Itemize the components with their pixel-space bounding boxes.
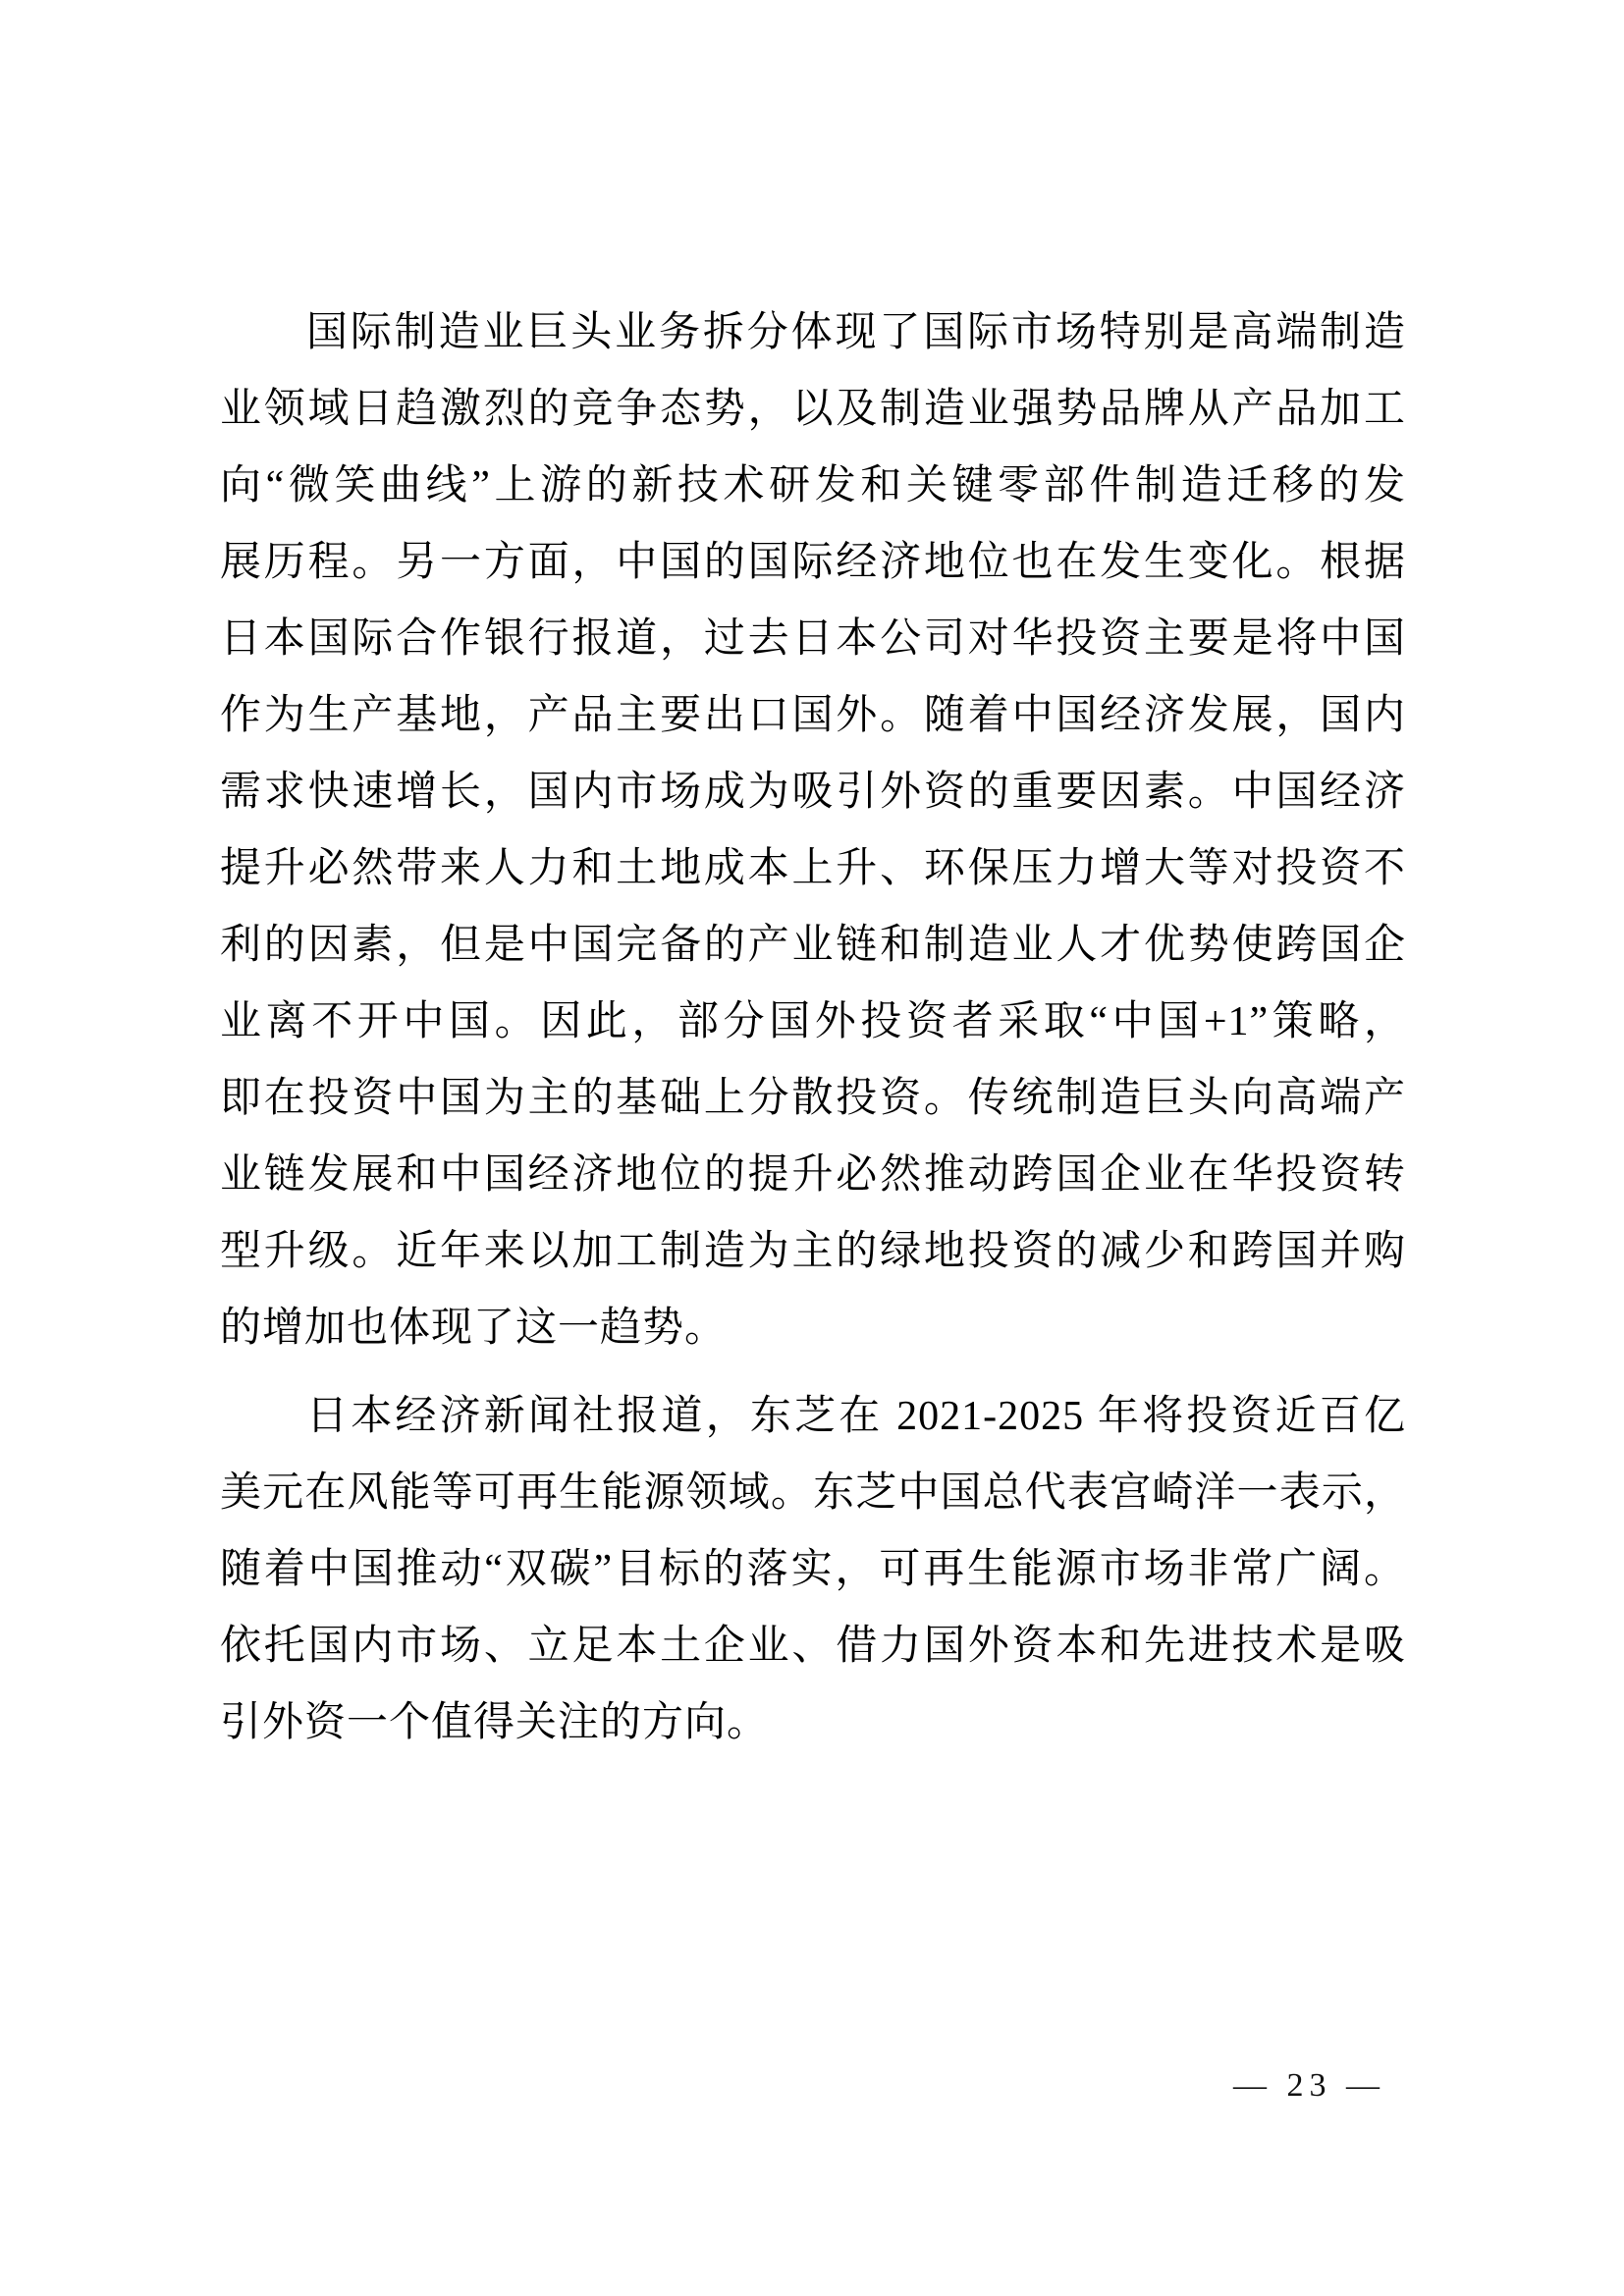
text-line: 业离不开中国。因此，部分国外投资者采取“中国+1”策略， bbox=[220, 984, 1406, 1060]
text-block: 国际制造业巨头业务拆分体现了国际市场特别是高端制造 业领域日趋激烈的竞争态势，以… bbox=[220, 294, 1406, 1761]
text-line: 业领域日趋激烈的竞争态势，以及制造业强势品牌从产品加工 bbox=[220, 371, 1406, 448]
text-line: 日本国际合作银行报道，过去日本公司对华投资主要是将中国 bbox=[220, 601, 1406, 677]
text-line: 向“微笑曲线”上游的新技术研发和关键零部件制造迁移的发 bbox=[220, 448, 1406, 524]
text-line: 型升级。近年来以加工制造为主的绿地投资的减少和跨国并购 bbox=[220, 1213, 1406, 1290]
text-line: 作为生产基地，产品主要出口国外。随着中国经济发展，国内 bbox=[220, 677, 1406, 754]
text-line: 国际制造业巨头业务拆分体现了国际市场特别是高端制造 bbox=[220, 294, 1406, 371]
text-line: 的增加也体现了这一趋势。 bbox=[220, 1290, 1406, 1366]
text-line: 依托国内市场、立足本土企业、借力国外资本和先进技术是吸 bbox=[220, 1608, 1406, 1684]
document-page: 国际制造业巨头业务拆分体现了国际市场特别是高端制造 业领域日趋激烈的竞争态势，以… bbox=[0, 0, 1624, 2296]
text-line: 引外资一个值得关注的方向。 bbox=[220, 1684, 1406, 1761]
text-line: 随着中国推动“双碳”目标的落实，可再生能源市场非常广阔。 bbox=[220, 1531, 1406, 1608]
text-line: 即在投资中国为主的基础上分散投资。传统制造巨头向高端产 bbox=[220, 1060, 1406, 1137]
paragraph-1: 国际制造业巨头业务拆分体现了国际市场特别是高端制造 业领域日趋激烈的竞争态势，以… bbox=[220, 294, 1406, 1366]
text-line: 业链发展和中国经济地位的提升必然推动跨国企业在华投资转 bbox=[220, 1137, 1406, 1213]
text-line: 需求快速增长，国内市场成为吸引外资的重要因素。中国经济 bbox=[220, 754, 1406, 830]
text-line: 美元在风能等可再生能源领域。东芝中国总代表宫崎洋一表示， bbox=[220, 1455, 1406, 1531]
text-line: 展历程。另一方面，中国的国际经济地位也在发生变化。根据 bbox=[220, 524, 1406, 601]
text-line: 利的因素，但是中国完备的产业链和制造业人才优势使跨国企 bbox=[220, 907, 1406, 984]
page-number: — 23 — bbox=[1233, 2061, 1385, 2110]
paragraph-2: 日本经济新闻社报道，东芝在 2021-2025 年将投资近百亿 美元在风能等可再… bbox=[220, 1378, 1406, 1761]
text-line: 日本经济新闻社报道，东芝在 2021-2025 年将投资近百亿 bbox=[220, 1378, 1406, 1455]
text-line: 提升必然带来人力和土地成本上升、环保压力增大等对投资不 bbox=[220, 830, 1406, 907]
